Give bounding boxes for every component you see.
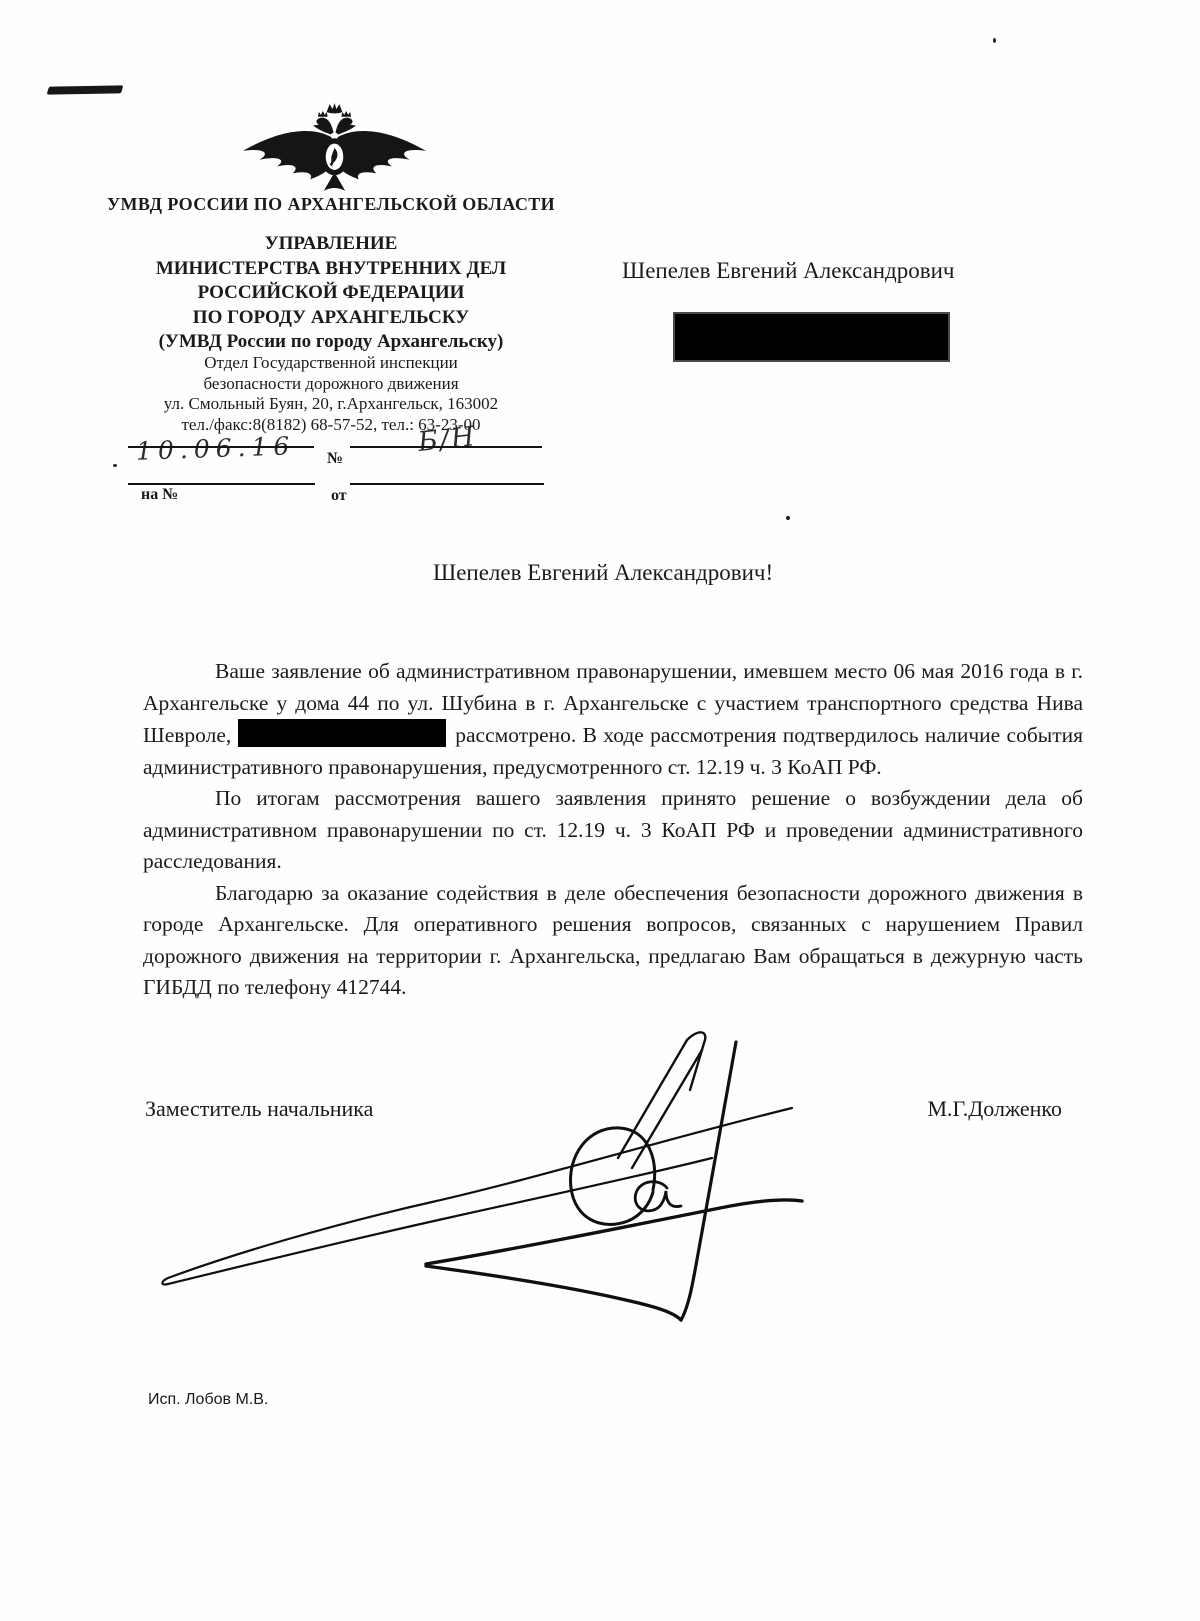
org-line: ПО ГОРОДУ АРХАНГЕЛЬСКУ: [86, 306, 576, 331]
redacted-plate-number: [238, 719, 446, 747]
signer-name: М.Г.Долженко: [927, 1096, 1062, 1122]
department-title: УМВД РОССИИ ПО АРХАНГЕЛЬСКОЙ ОБЛАСТИ: [86, 194, 576, 215]
org-line: УПРАВЛЕНИЕ: [86, 232, 576, 257]
org-detail-line: тел./факс:8(8182) 68-57-52, тел.: 63-23-…: [86, 415, 576, 436]
organization-name-block: УПРАВЛЕНИЕ МИНИСТЕРСТВА ВНУТРЕННИХ ДЕЛ Р…: [86, 232, 576, 355]
recipient-name: Шепелев Евгений Александрович: [622, 258, 1042, 284]
org-detail-line: Отдел Государственной инспекции: [86, 353, 576, 374]
scan-speck: [786, 516, 790, 520]
redacted-address-block: [673, 312, 950, 362]
letter-body: Ваше заявление об административном право…: [143, 656, 1083, 1004]
number-label: №: [327, 450, 343, 468]
handwritten-number: Б/Н: [417, 421, 478, 458]
salutation: Шепелев Евгений Александрович!: [433, 560, 773, 586]
handwritten-signature: [150, 1028, 810, 1328]
scanned-letter-page: УМВД РОССИИ ПО АРХАНГЕЛЬСКОЙ ОБЛАСТИ УПР…: [0, 0, 1200, 1621]
scan-speck: [993, 38, 996, 43]
scan-speck: [113, 464, 117, 467]
scan-artifact-smudge: [47, 85, 124, 94]
on-number-label: на №: [141, 486, 178, 504]
org-line: РОССИЙСКОЙ ФЕДЕРАЦИИ: [86, 281, 576, 306]
organization-details-block: Отдел Государственной инспекции безопасн…: [86, 353, 576, 435]
paragraph-3: Благодарю за оказание содействия в деле …: [143, 878, 1083, 1004]
from-label: от: [331, 487, 347, 505]
org-detail-line: безопасности дорожного движения: [86, 374, 576, 395]
mvd-eagle-emblem-icon: [237, 101, 432, 195]
handwritten-date: 10.06.16: [136, 431, 296, 466]
date-field-line: [128, 446, 314, 448]
org-line: МИНИСТЕРСТВА ВНУТРЕННИХ ДЕЛ: [86, 257, 576, 282]
paragraph-2: По итогам рассмотрения вашего заявления …: [143, 783, 1083, 878]
on-number-field-line: [128, 483, 315, 485]
number-field-line: [350, 446, 542, 448]
executor-note: Исп. Лобов М.В.: [148, 1391, 268, 1409]
from-field-line: [350, 483, 544, 485]
paragraph-1: Ваше заявление об административном право…: [143, 656, 1083, 783]
org-line: (УМВД России по городу Архангельску): [86, 330, 576, 355]
org-detail-line: ул. Смольный Буян, 20, г.Архангельск, 16…: [86, 394, 576, 415]
